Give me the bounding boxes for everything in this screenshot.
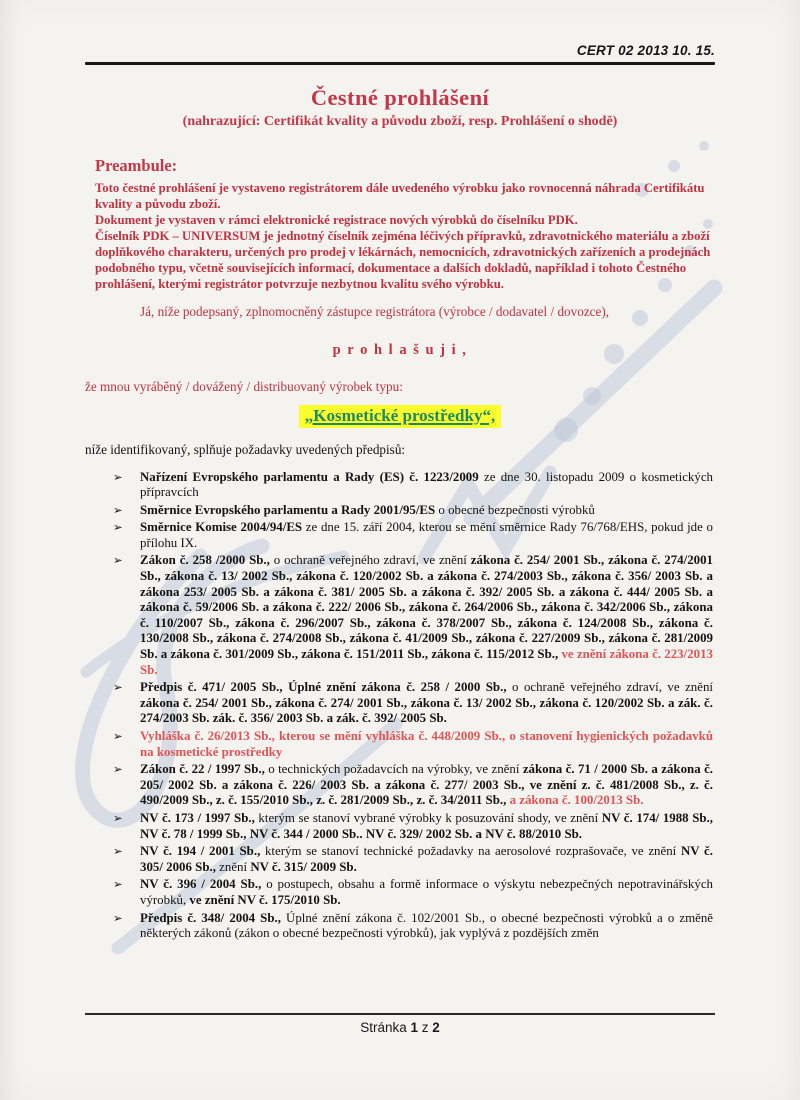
document-code: CERT 02 2013 10. 15. bbox=[577, 43, 715, 58]
regulation-text-segment: Zákon č. 22 / 1997 Sb., bbox=[140, 762, 265, 776]
regulation-text-segment: Předpis č. 471/ 2005 Sb., Úplné znění zá… bbox=[140, 680, 507, 694]
regulation-text-segment: Předpis č. 348/ 2004 Sb., bbox=[140, 911, 281, 925]
declarant-line: Já, níže podepsaný, zplnomocněný zástupc… bbox=[140, 304, 715, 320]
regulation-item: ➢Předpis č. 471/ 2005 Sb., Úplné znění z… bbox=[85, 680, 713, 727]
list-bullet-icon: ➢ bbox=[113, 553, 123, 569]
regulations-list: ➢Nařízení Evropského parlamentu a Rady (… bbox=[85, 470, 713, 942]
regulation-item: ➢Směrnice Komise 2004/94/ES ze dne 15. z… bbox=[85, 520, 713, 551]
list-bullet-icon: ➢ bbox=[113, 811, 123, 827]
compliance-line: níže identifikovaný, splňuje požadavky u… bbox=[85, 442, 715, 458]
header-rule bbox=[85, 62, 715, 65]
regulation-text-segment: zákona č. 254/ 2001 Sb., zákona č. 274/ … bbox=[140, 696, 713, 726]
list-bullet-icon: ➢ bbox=[113, 503, 123, 519]
regulation-item: ➢Nařízení Evropského parlamentu a Rady (… bbox=[85, 470, 713, 501]
list-bullet-icon: ➢ bbox=[113, 520, 123, 536]
regulation-text-segment: Směrnice Evropského parlamentu a Rady 20… bbox=[140, 503, 435, 517]
list-bullet-icon: ➢ bbox=[113, 844, 123, 860]
product-name-highlight: „Kosmetické prostředky“, bbox=[299, 405, 501, 428]
regulation-item: ➢NV č. 396 / 2004 Sb., o postupech, obsa… bbox=[85, 877, 713, 908]
regulation-text-segment: o technických požadavcích na výrobky, ve… bbox=[265, 762, 523, 776]
regulation-text-segment: kterým se stanoví vybrané výrobky k posu… bbox=[255, 811, 602, 825]
page-subtitle: (nahrazující: Certifikát kvality a původ… bbox=[85, 114, 715, 130]
regulation-item: ➢NV č. 173 / 1997 Sb., kterým se stanoví… bbox=[85, 811, 713, 842]
document-content: CERT 02 2013 10. 15. Čestné prohlášení (… bbox=[85, 0, 715, 942]
regulation-item: ➢Zákon č. 22 / 1997 Sb., o technických p… bbox=[85, 762, 713, 809]
regulation-item: ➢Směrnice Evropského parlamentu a Rady 2… bbox=[85, 503, 713, 519]
regulation-text-segment: Nařízení Evropského parlamentu a Rady (E… bbox=[140, 470, 479, 484]
regulation-text-segment: Zákon č. 258 /2000 Sb., bbox=[140, 553, 270, 567]
preamble-paragraph: Toto čestné prohlášení je vystaveno regi… bbox=[95, 180, 715, 212]
preamble-paragraphs: Toto čestné prohlášení je vystaveno regi… bbox=[95, 180, 715, 292]
header: CERT 02 2013 10. 15. bbox=[85, 0, 715, 60]
product-type-line: že mnou vyráběný / dovážený / distribuov… bbox=[85, 379, 715, 395]
regulation-item: ➢Předpis č. 348/ 2004 Sb., Úplné znění z… bbox=[85, 911, 713, 942]
page-number: Stránka 1 z 2 bbox=[85, 1020, 715, 1035]
regulation-text-segment: o ochraně veřejného zdraví, ve znění bbox=[270, 553, 471, 567]
list-bullet-icon: ➢ bbox=[113, 877, 123, 893]
regulation-text-segment: o obecné bezpečnosti výrobků bbox=[435, 503, 595, 517]
regulation-text-segment: NV č. 194 / 2001 Sb., bbox=[140, 844, 260, 858]
regulation-text-segment: kterým se stanoví technické požadavky na… bbox=[260, 844, 681, 858]
footer-rule bbox=[85, 1013, 715, 1015]
regulation-text-segment: Směrnice Komise 2004/94/ES bbox=[140, 520, 302, 534]
preamble-paragraph: Dokument je vystaven v rámci elektronick… bbox=[95, 212, 715, 228]
regulation-text-segment: ve znění NV č. 175/2010 Sb. bbox=[189, 893, 340, 907]
preamble-heading: Preambule: bbox=[95, 156, 715, 176]
regulation-text-segment: NV č. 173 / 1997 Sb., bbox=[140, 811, 255, 825]
regulation-text-segment: a zákona č. 100/2013 Sb. bbox=[510, 793, 644, 807]
declaration-word: p r o h l a š u j i , bbox=[85, 342, 715, 359]
regulation-item: ➢Vyhláška č. 26/2013 Sb., kterou se mění… bbox=[85, 729, 713, 760]
regulation-text-segment: NV č. 396 / 2004 Sb., bbox=[140, 877, 261, 891]
list-bullet-icon: ➢ bbox=[113, 762, 123, 778]
document-page: CERT 02 2013 10. 15. Čestné prohlášení (… bbox=[0, 0, 800, 1100]
regulation-text-segment: zákona č. 254/ 2001 Sb., zákona č. 274/2… bbox=[140, 553, 713, 661]
list-bullet-icon: ➢ bbox=[113, 729, 123, 745]
regulation-text-segment: Vyhláška č. 26/2013 Sb., kterou se mění … bbox=[140, 729, 713, 759]
page-number-separator: z bbox=[418, 1020, 432, 1035]
regulation-text-segment: NV č. 315/ 2009 Sb. bbox=[250, 860, 356, 874]
preamble-paragraph: Číselník PDK – UNIVERSUM je jednotný čís… bbox=[95, 228, 715, 292]
regulation-item: ➢Zákon č. 258 /2000 Sb., o ochraně veřej… bbox=[85, 553, 713, 678]
product-name-row: „Kosmetické prostředky“, bbox=[85, 405, 715, 428]
page-number-current: 1 bbox=[410, 1020, 418, 1035]
page-number-total: 2 bbox=[432, 1020, 440, 1035]
list-bullet-icon: ➢ bbox=[113, 911, 123, 927]
page-title: Čestné prohlášení bbox=[85, 85, 715, 111]
list-bullet-icon: ➢ bbox=[113, 680, 123, 696]
regulation-item: ➢NV č. 194 / 2001 Sb., kterým se stanoví… bbox=[85, 844, 713, 875]
regulation-text-segment: o ochraně veřejného zdraví, ve znění bbox=[507, 680, 713, 694]
regulation-text-segment: znění bbox=[216, 860, 250, 874]
page-number-label: Stránka bbox=[360, 1020, 410, 1035]
list-bullet-icon: ➢ bbox=[113, 470, 123, 486]
